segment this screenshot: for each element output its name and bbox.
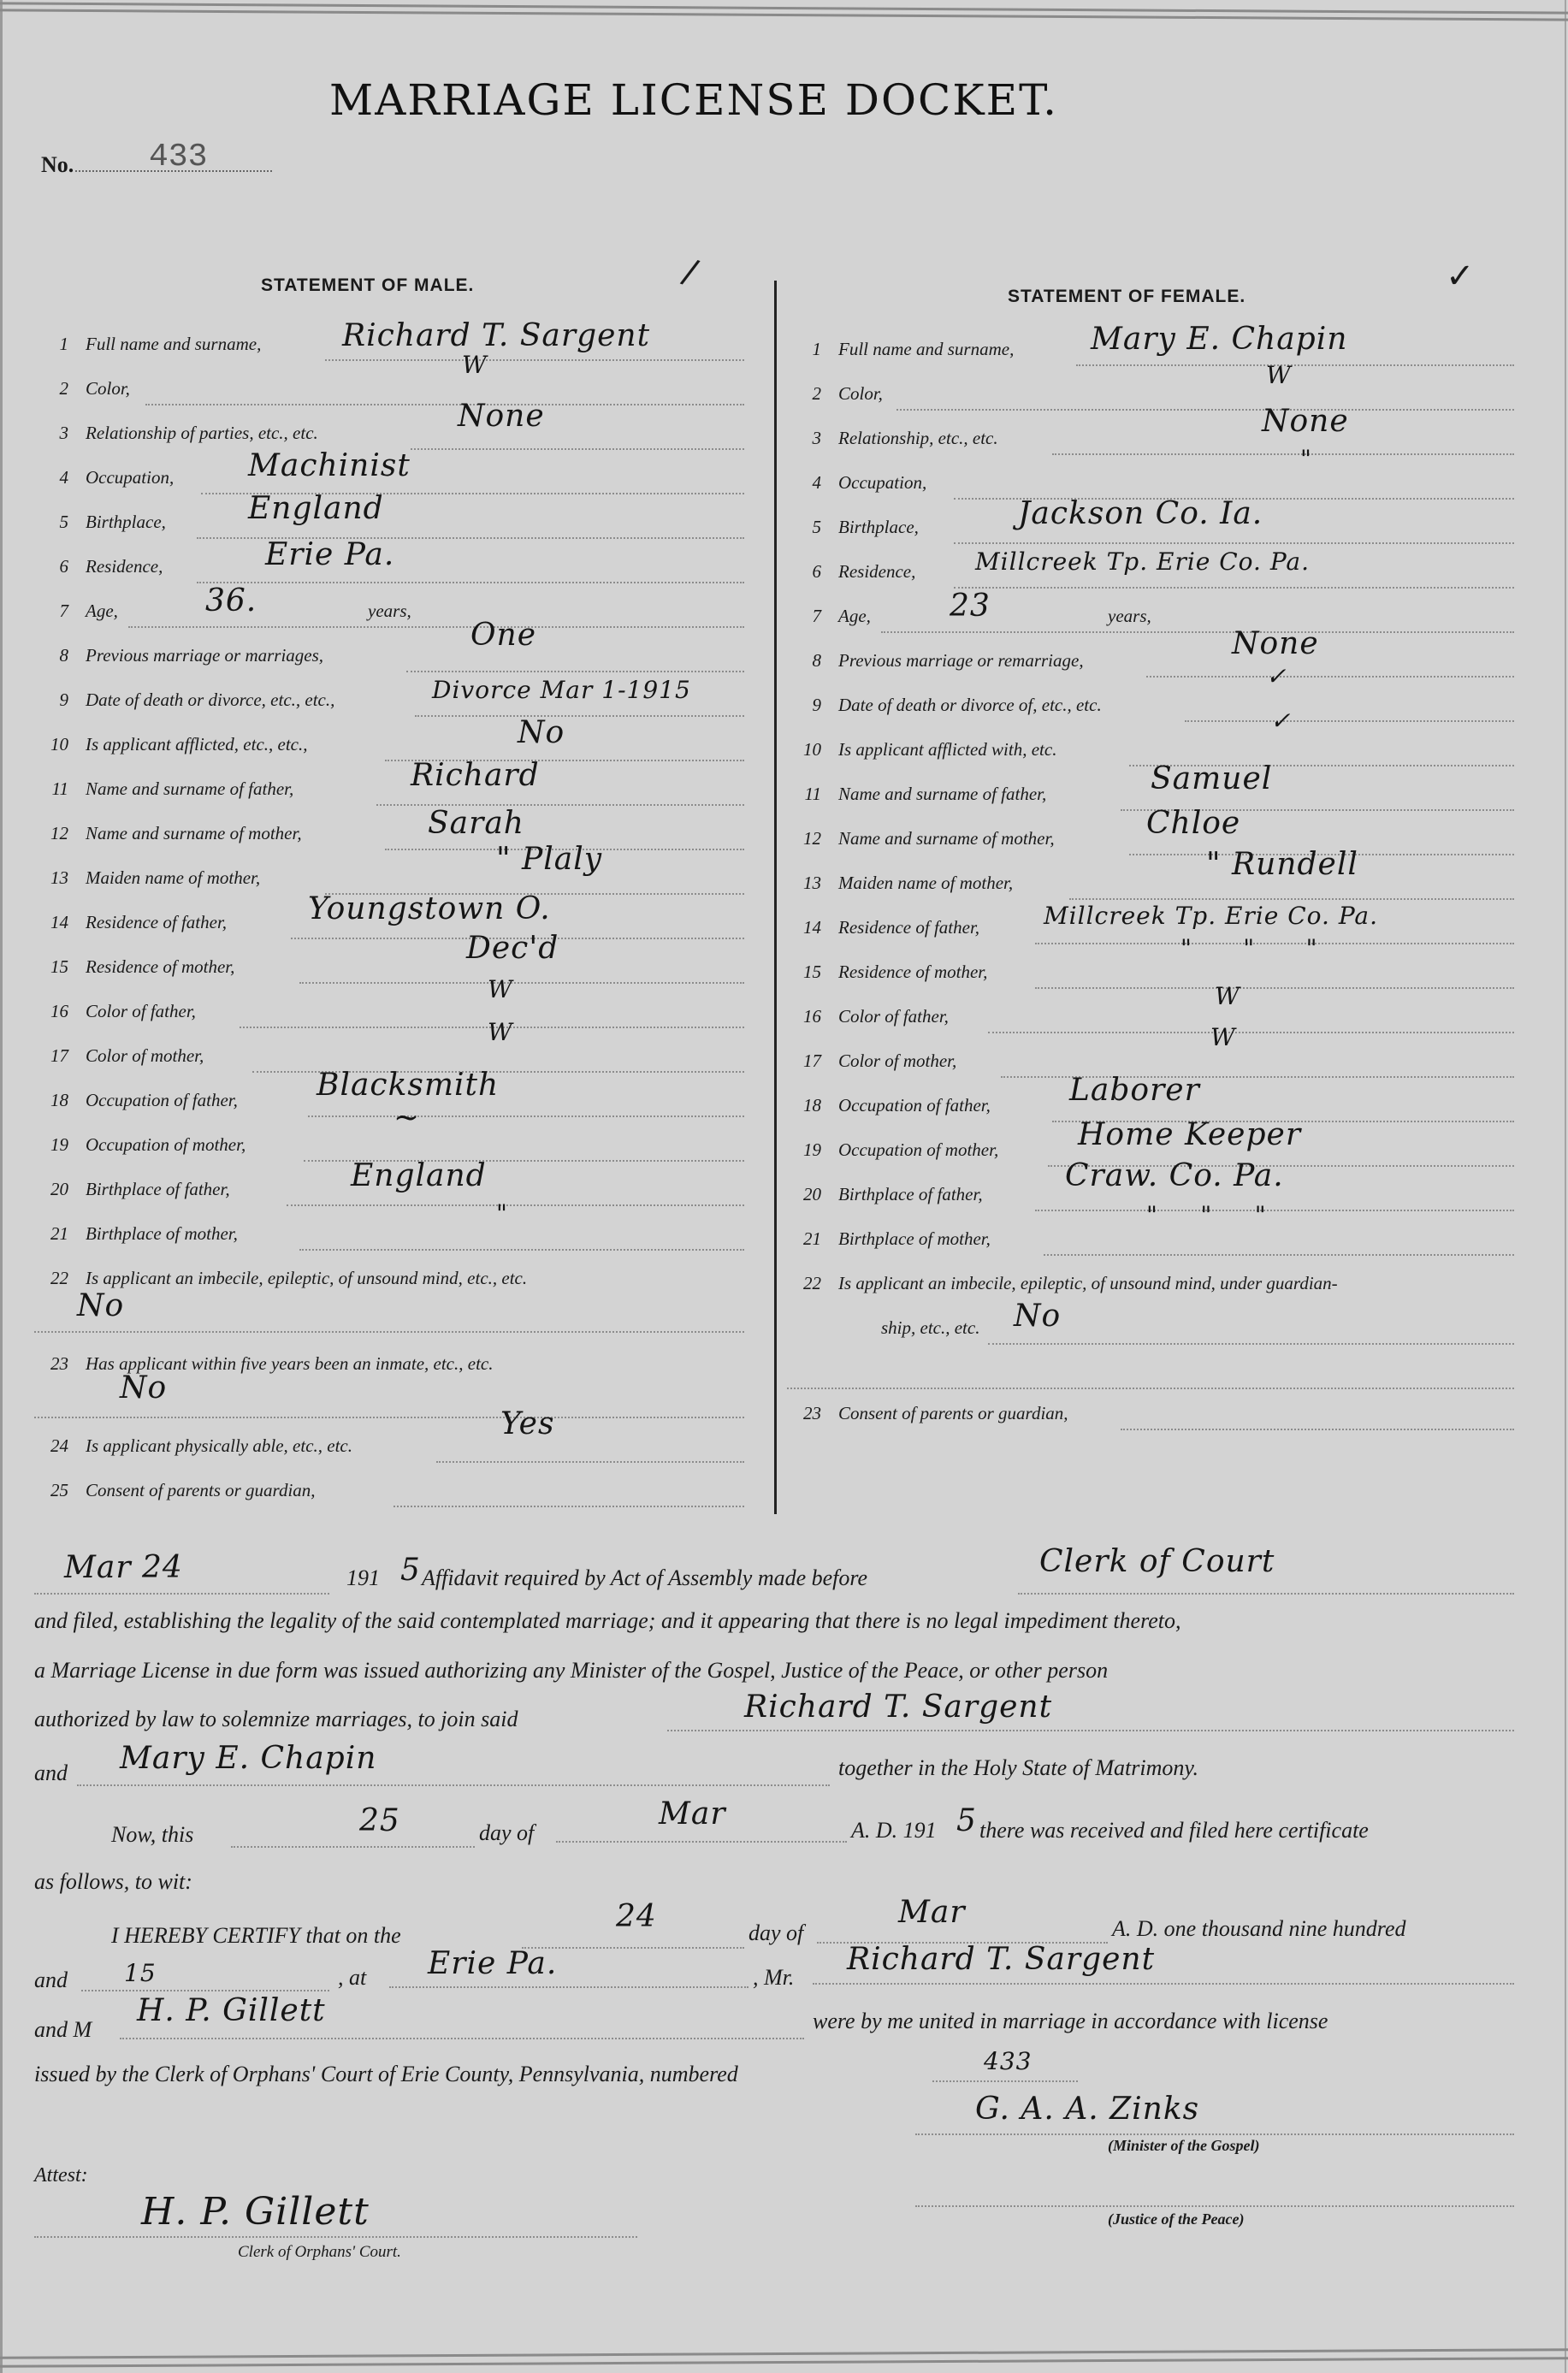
filing-month-value: Mar <box>659 1796 726 1832</box>
female-row-1: 1Full name and surname,Mary E. Chapin <box>787 334 1514 368</box>
female-section-heading: STATEMENT OF FEMALE. <box>1008 287 1246 307</box>
male-father-name-value: Richard <box>411 758 540 793</box>
female-full-name-value: Mary E. Chapin <box>1091 322 1347 357</box>
female-father-occupation-value: Laborer <box>1069 1073 1200 1108</box>
male-afflicted-value: No <box>518 715 565 750</box>
page-title: MARRIAGE LICENSE DOCKET. <box>329 75 1058 125</box>
female-row-5: 5Birthplace,Jackson Co. Ia. <box>787 512 1514 546</box>
female-occupation-value: " <box>1300 445 1312 473</box>
certificate-license-number-value: 433 <box>984 2047 1032 2075</box>
male-mother-birthplace-value: " <box>496 1199 508 1228</box>
female-divorce-date-value: ✓ <box>1266 662 1287 690</box>
filing-day-of: day of <box>479 1820 534 1846</box>
male-row-21: 21Birthplace of mother," <box>34 1218 744 1252</box>
male-mother-residence-value: Dec'd <box>466 931 559 966</box>
column-divider <box>774 281 777 1514</box>
female-row-9: 9Date of death or divorce of, etc., etc.… <box>787 689 1514 724</box>
male-divorce-date-value: Divorce Mar 1-1915 <box>432 676 691 704</box>
male-row-6: 6Residence,Erie Pa. <box>34 551 744 585</box>
checkmark-icon: ✓ <box>1446 257 1475 296</box>
filing-text-after: there was received and filed here certif… <box>979 1818 1369 1843</box>
female-row-14: 14Residence of father,Millcreek Tp. Erie… <box>787 912 1514 946</box>
affidavit-date-value: Mar 24 <box>64 1550 183 1585</box>
female-row-6: 6Residence,Millcreek Tp. Erie Co. Pa. <box>787 556 1514 590</box>
female-father-color-value: W <box>1215 982 1240 1010</box>
male-mother-name-value: Sarah <box>428 806 524 841</box>
filing-year-digit: 5 <box>956 1803 977 1838</box>
female-row-3: 3Relationship, etc., etc.None <box>787 423 1514 457</box>
attest-label: Attest: <box>34 2164 88 2187</box>
female-unsound-mind-value: No <box>1014 1299 1061 1334</box>
female-row-22: 22Is applicant an imbecile, epileptic, o… <box>787 1268 1514 1302</box>
justice-caption: (Justice of the Peace) <box>1108 2210 1244 2228</box>
affidavit-text-2: and filed, establishing the legality of … <box>34 1608 1181 1634</box>
male-section-heading: STATEMENT OF MALE. <box>261 275 474 296</box>
male-row-15: 15Residence of mother,Dec'd <box>34 951 744 985</box>
male-age-suffix: years, <box>368 601 411 622</box>
female-residence-value: Millcreek Tp. Erie Co. Pa. <box>975 547 1310 576</box>
certificate-issued-text: issued by the Clerk of Orphans' Court of… <box>34 2062 738 2087</box>
female-previous-marriage-value: None <box>1232 626 1319 661</box>
affidavit-text-4: authorized by law to solemnize marriages… <box>34 1707 518 1732</box>
female-mother-maiden-name-value: " Rundell <box>1206 847 1358 882</box>
female-row-12: 12Name and surname of mother,Chloe <box>787 823 1514 857</box>
male-occupation-value: Machinist <box>248 448 411 483</box>
male-father-occupation-value: Blacksmith <box>317 1068 499 1103</box>
male-full-name-value: Richard T. Sargent <box>342 318 650 353</box>
certificate-place-value: Erie Pa. <box>428 1946 557 1981</box>
certificate-and-label: and <box>34 1968 68 1993</box>
docket-number-value: 433 <box>149 139 207 175</box>
checkmark-icon: / <box>678 252 702 293</box>
certificate-mr-label: , Mr. <box>753 1965 794 1991</box>
certificate-officiant-value: H. P. Gillett <box>137 1993 326 2028</box>
affidavit-year-prefix: 191 <box>346 1565 380 1591</box>
male-row-5: 5Birthplace,England <box>34 506 744 541</box>
page-edge-left <box>0 0 3 2373</box>
male-previous-marriage-value: One <box>470 618 536 653</box>
female-row-2: 2Color,W <box>787 378 1514 412</box>
page-edge-right <box>1565 0 1566 2373</box>
male-row-4: 4Occupation,Machinist <box>34 462 744 496</box>
male-row-9: 9Date of death or divorce, etc., etc.,Di… <box>34 684 744 719</box>
filing-as-follows: as follows, to wit: <box>34 1869 192 1895</box>
certificate-day-of: day of <box>748 1920 803 1946</box>
docket-number: No. 433 <box>41 152 272 178</box>
certificate-groom-value: Richard T. Sargent <box>847 1942 1155 1977</box>
male-row-25: 25Consent of parents or guardian, <box>34 1475 744 1509</box>
male-unsound-mind-value: No <box>77 1288 124 1323</box>
affidavit-text-3: a Marriage License in due form was issue… <box>34 1658 1108 1684</box>
male-mother-color-value: W <box>488 1018 513 1046</box>
certificate-at-label: , at <box>338 1965 366 1991</box>
affidavit-text-1: Affidavit required by Act of Assembly ma… <box>422 1565 867 1591</box>
certificate-intro: I HEREBY CERTIFY that on the <box>111 1923 401 1949</box>
male-relationship-value: None <box>458 399 545 434</box>
male-row-24: 24Is applicant physically able, etc., et… <box>34 1430 744 1465</box>
male-row-3: 3Relationship of parties, etc., etc.None <box>34 417 744 452</box>
docket-number-label: No. <box>41 152 74 177</box>
certificate-month-value: Mar <box>898 1895 966 1930</box>
certificate-day-value: 24 <box>616 1899 657 1934</box>
male-birthplace-value: England <box>248 491 384 526</box>
affidavit-text-5: together in the Holy State of Matrimony. <box>838 1755 1198 1781</box>
male-row-14: 14Residence of father,Youngstown O. <box>34 907 744 941</box>
certificate-united-text: were by me united in marriage in accorda… <box>813 2009 1328 2034</box>
male-age-value: 36. <box>205 583 257 618</box>
female-mother-occupation-value: Home Keeper <box>1078 1117 1301 1152</box>
female-age-value: 23 <box>950 589 991 624</box>
male-row-8: 8Previous marriage or marriages,One <box>34 640 744 674</box>
male-row-23-answer: No <box>34 1386 744 1420</box>
female-father-name-value: Samuel <box>1151 761 1272 796</box>
female-afflicted-value: ✓ <box>1270 707 1291 735</box>
male-row-12: 12Name and surname of mother,Sarah <box>34 818 744 852</box>
male-row-22: 22Is applicant an imbecile, epileptic, o… <box>34 1263 744 1297</box>
female-row-23: 23Consent of parents or guardian, <box>787 1398 1514 1432</box>
male-father-birthplace-value: England <box>351 1158 487 1193</box>
female-row-22-extra-line <box>787 1357 1514 1391</box>
female-mother-birthplace-value: " " " <box>1146 1201 1267 1229</box>
female-row-16: 16Color of father,W <box>787 1001 1514 1035</box>
female-mother-residence-value: " " " <box>1180 934 1317 962</box>
female-father-birthplace-value: Craw. Co. Pa. <box>1065 1158 1284 1193</box>
affidavit-groom-value: Richard T. Sargent <box>744 1690 1052 1725</box>
male-row-1: 1Full name and surname,Richard T. Sargen… <box>34 328 744 363</box>
male-mother-maiden-name-value: " Plaly <box>496 842 602 877</box>
female-row-7: 7Age,23years, <box>787 601 1514 635</box>
female-color-value: W <box>1266 361 1292 389</box>
female-father-residence-value: Millcreek Tp. Erie Co. Pa. <box>1044 902 1378 930</box>
male-inmate-value: No <box>120 1370 167 1405</box>
affidavit-bride-value: Mary E. Chapin <box>120 1741 376 1776</box>
affidavit-made-before-value: Clerk of Court <box>1039 1544 1275 1579</box>
clerk-caption: Clerk of Orphans' Court. <box>238 2243 401 2262</box>
docket-page: MARRIAGE LICENSE DOCKET. No. 433 / ✓ STA… <box>0 0 1568 2373</box>
minister-caption: (Minister of the Gospel) <box>1108 2137 1260 2155</box>
female-mother-name-value: Chloe <box>1146 806 1240 841</box>
female-row-15: 15Residence of mother," " " <box>787 956 1514 991</box>
male-row-7: 7Age,36.years, <box>34 595 744 630</box>
male-father-color-value: W <box>488 975 513 1003</box>
certificate-ad-text: A. D. one thousand nine hundred <box>1112 1916 1406 1942</box>
male-row-2: 2Color,W <box>34 373 744 407</box>
female-mother-color-value: W <box>1210 1023 1236 1051</box>
male-physically-able-value: Yes <box>500 1406 554 1441</box>
male-residence-value: Erie Pa. <box>265 537 394 572</box>
clerk-signature: H. P. Gillett <box>141 2190 370 2234</box>
female-age-suffix: years, <box>1108 606 1151 627</box>
certificate-and-m-label: and M <box>34 2017 92 2043</box>
female-row-21: 21Birthplace of mother," " " <box>787 1223 1514 1258</box>
male-color-value: W <box>462 351 488 379</box>
female-relationship-value: None <box>1262 404 1349 439</box>
male-father-residence-value: Youngstown O. <box>308 891 551 926</box>
male-row-11: 11Name and surname of father,Richard <box>34 773 744 808</box>
female-birthplace-value: Jackson Co. Ia. <box>1018 496 1263 531</box>
affidavit-year-digit: 5 <box>400 1553 421 1588</box>
female-row-22-cont: ship, etc., etc.No <box>787 1312 1514 1346</box>
male-row-16: 16Color of father,W <box>34 996 744 1030</box>
female-row-13: 13Maiden name of mother," Rundell <box>787 867 1514 902</box>
male-row-18: 18Occupation of father,Blacksmith <box>34 1085 744 1119</box>
female-row-8: 8Previous marriage or remarriage,None <box>787 645 1514 679</box>
filing-now-this: Now, this <box>111 1822 193 1848</box>
male-mother-occupation-value: ~ <box>393 1100 420 1135</box>
certificate-year-value: 15 <box>124 1959 157 1987</box>
page-edge-bottom-2 <box>0 2357 1568 2368</box>
male-row-20: 20Birthplace of father,England <box>34 1174 744 1208</box>
minister-signature: G. A. A. Zinks <box>975 2092 1199 2127</box>
affidavit-and-label: and <box>34 1761 68 1786</box>
filing-day-value: 25 <box>359 1803 400 1838</box>
male-row-10: 10Is applicant afflicted, etc., etc.,No <box>34 729 744 763</box>
filing-ad-label: A. D. 191 <box>851 1818 937 1843</box>
male-row-22-answer: No <box>34 1300 744 1334</box>
